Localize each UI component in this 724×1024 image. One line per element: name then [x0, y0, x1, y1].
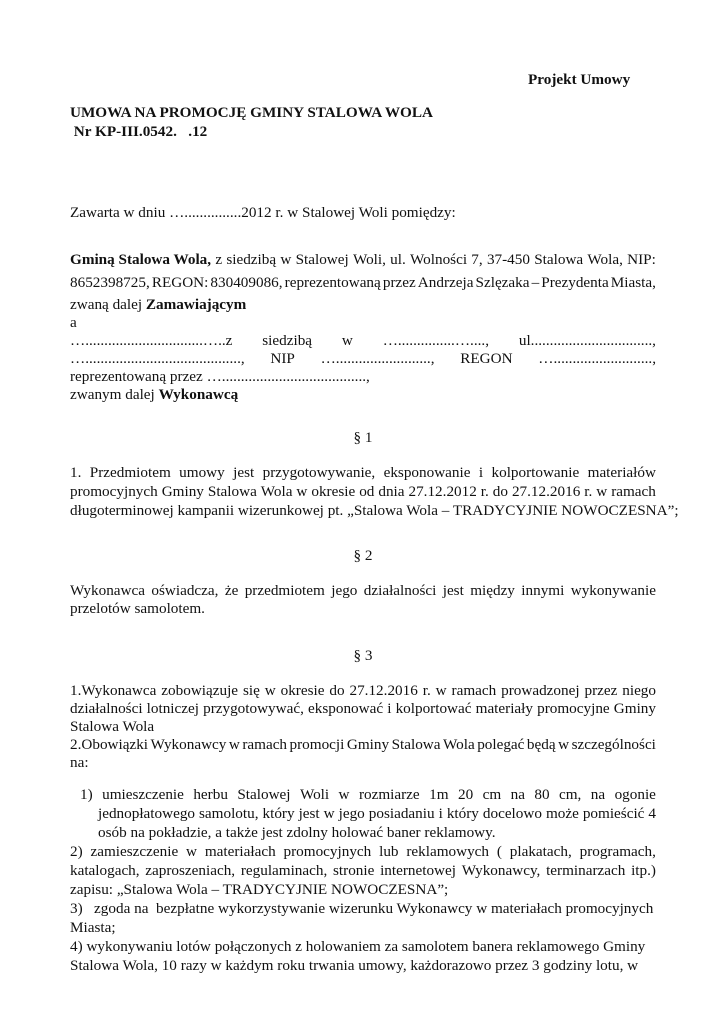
document-page: Projekt Umowy UMOWA NA PROMOCJĘ GMINY ST…	[0, 0, 724, 1024]
section-3-p2-line1: 2.ObowiązkiWykonawcywramachpromocjiGminy…	[70, 735, 656, 754]
section-1-line2: promocyjnychGminyStalowaWolawokresieoddn…	[70, 482, 656, 501]
word: r.	[481, 482, 489, 501]
word: NIP:	[627, 250, 656, 269]
word: 37-450	[487, 250, 530, 269]
word: 4	[648, 804, 656, 823]
word: Gminy	[347, 735, 389, 754]
word: 80	[534, 785, 549, 804]
word: w	[596, 482, 607, 501]
word: promocji	[290, 735, 345, 754]
party2-line4: zwanym dalej Wykonawcą	[70, 385, 656, 404]
word: Wola	[443, 735, 475, 754]
word: i	[439, 804, 443, 823]
word: ramach	[242, 735, 287, 754]
word: …...............................…..z	[70, 331, 232, 350]
word: Woli,	[353, 250, 386, 269]
word: do	[493, 482, 508, 501]
word: zaproszeniach,	[145, 861, 235, 880]
word: siedzibą	[226, 250, 276, 269]
word: oświadcza,	[151, 581, 218, 600]
party2-line1: …...............................…..zsied…	[70, 331, 656, 350]
word: posiadaniu	[369, 804, 435, 823]
word: zamieszczenie	[91, 842, 179, 861]
intro-text: Zawarta w dniu …...............2012 r. w…	[70, 203, 656, 222]
word: zobowiązuje	[161, 681, 238, 700]
word: przez	[584, 681, 617, 700]
word: 27.12.2012	[408, 482, 476, 501]
word: ramach	[611, 482, 656, 501]
list-item-2-line3: zapisu: „Stalowa Wola – TRADYCYJNIE NOWO…	[70, 880, 656, 899]
word: jest	[443, 581, 464, 600]
word: 20	[458, 785, 473, 804]
word: pomieścić	[583, 804, 645, 823]
word: materiały	[476, 699, 533, 718]
word: promocyjnych	[70, 482, 158, 501]
word: promocyjne	[537, 699, 610, 718]
word: okresie	[281, 681, 325, 700]
section-3-heading: § 3	[70, 646, 656, 665]
word: wykonywanie	[571, 581, 656, 600]
word: Szlęzaka	[476, 273, 530, 292]
section-1-line3: długoterminowej kampanii wizerunkowej pt…	[70, 501, 656, 520]
word: 1m	[429, 785, 448, 804]
word: 1)	[80, 785, 93, 804]
word: przedmiotem	[245, 581, 325, 600]
word: innymi	[521, 581, 564, 600]
word: Wolności	[410, 250, 467, 269]
word: działalności	[70, 699, 143, 718]
word: dnia	[378, 482, 404, 501]
word: w	[265, 681, 276, 700]
word: niego	[622, 681, 656, 700]
list-item-1-line3: osób na pokładzie, a także jest zdolny h…	[98, 823, 656, 842]
word: w	[229, 735, 240, 754]
word: na	[511, 785, 525, 804]
word: docelowo	[483, 804, 542, 823]
word: się	[243, 681, 260, 700]
word: cm,	[559, 785, 581, 804]
list-item-4-line1: 4) wykonywaniu lotów połączonych z holow…	[70, 937, 656, 956]
word: Gminy	[162, 482, 204, 501]
word: stronie	[333, 861, 374, 880]
word: Gminy	[614, 699, 656, 718]
word: Wykonawcy,	[462, 861, 541, 880]
word: i	[479, 463, 483, 482]
list-item-4-line2: Stalowa Wola, 10 razy w każdym roku trwa…	[70, 956, 656, 975]
word: ogonie	[615, 785, 656, 804]
word: że	[225, 581, 238, 600]
word: –	[532, 273, 540, 292]
word: eksponowanie	[384, 463, 471, 482]
word: Woli	[300, 785, 329, 804]
word: przygotowywać,	[203, 699, 304, 718]
word: siedzibą	[262, 331, 312, 350]
section-2-line2: przelotów samolotem.	[70, 599, 656, 618]
section-2-line1: Wykonawcaoświadcza,żeprzedmiotemjegodzia…	[70, 581, 656, 600]
word: materiałach	[205, 842, 276, 861]
word: w	[342, 331, 353, 350]
word: w	[339, 785, 350, 804]
word: r.	[584, 482, 592, 501]
list-item-3-line2: Miasta;	[70, 918, 656, 937]
word: przygotowywanie,	[263, 463, 376, 482]
word: programach,	[580, 842, 656, 861]
word: Prezydenta	[541, 273, 608, 292]
word: w	[324, 804, 335, 823]
word: Wykonawca	[70, 581, 145, 600]
word: internetowej	[380, 861, 456, 880]
word: lub	[379, 842, 398, 861]
word: cm	[483, 785, 502, 804]
party1-line2: 8652398725,REGON:830409086,reprezentowan…	[70, 273, 656, 292]
word: w	[436, 681, 447, 700]
word: w	[186, 842, 197, 861]
conjunction: a	[70, 313, 656, 332]
word: który	[263, 804, 295, 823]
word: REGON	[460, 349, 512, 368]
section-3-line1: 1.Wykonawcazobowiązujesięwokresiedo27.12…	[70, 681, 656, 700]
word: Wykonawcy	[151, 735, 227, 754]
word: kolportowanie	[492, 463, 580, 482]
word: reklamowych	[406, 842, 489, 861]
word: lotniczej	[147, 699, 199, 718]
word: umowy	[179, 463, 225, 482]
word: 7,	[471, 250, 482, 269]
word: rozmiarze	[359, 785, 420, 804]
word: 1.	[70, 463, 81, 482]
word: 8652398725,	[70, 273, 150, 292]
word: w	[296, 482, 307, 501]
word: NIP	[270, 349, 294, 368]
word: ….........................,	[321, 349, 435, 368]
word: ….......................................…	[70, 349, 245, 368]
word: eksponować	[308, 699, 383, 718]
word: między	[470, 581, 515, 600]
contract-number: Nr KP-III.0542. .12	[70, 122, 656, 141]
party1-line3: zwaną dalej Zamawiającym	[70, 295, 656, 314]
word: 1.Wykonawca	[70, 681, 156, 700]
word: herbu	[193, 785, 228, 804]
section-3-line3: Stalowa Wola	[70, 717, 656, 736]
word: w	[280, 250, 291, 269]
word: 27.12.2016	[349, 681, 417, 700]
word: do	[329, 681, 344, 700]
word: może	[546, 804, 579, 823]
word: który	[447, 804, 479, 823]
word: Stalowa	[392, 735, 441, 754]
word: polegać	[477, 735, 524, 754]
word: jego	[339, 804, 365, 823]
word: szczególności	[572, 735, 656, 754]
word: z	[215, 250, 222, 269]
word: jest	[233, 463, 254, 482]
word: katalogach,	[70, 861, 140, 880]
word: ul................................,	[519, 331, 656, 350]
word: plakatach,	[510, 842, 572, 861]
word: 27.12.2016	[512, 482, 580, 501]
word: działalności	[364, 581, 437, 600]
party2-line2: ….......................................…	[70, 349, 656, 368]
word: będą	[527, 735, 556, 754]
word: 2.Obowiązki	[70, 735, 148, 754]
party2-prefix: zwanym dalej	[70, 386, 159, 403]
word: promocyjnych	[284, 842, 372, 861]
word: Stalowa	[534, 250, 583, 269]
word: (	[497, 842, 502, 861]
word: …...............…....,	[383, 331, 489, 350]
word: Przedmiotem	[90, 463, 171, 482]
contract-title: UMOWA NA PROMOCJĘ GMINY STALOWA WOLA	[70, 103, 656, 122]
section-3-line2: działalnościlotniczejprzygotowywać,ekspo…	[70, 699, 656, 718]
word: okresie	[311, 482, 355, 501]
word: przez	[383, 273, 416, 292]
word: Andrzeja	[418, 273, 474, 292]
word: reprezentowaną	[285, 273, 381, 292]
party2-role: Wykonawcą	[159, 386, 239, 403]
section-1-line1: 1.Przedmiotemumowyjestprzygotowywanie,ek…	[70, 463, 656, 482]
party1-role: Zamawiającym	[146, 296, 246, 313]
word: jest	[299, 804, 320, 823]
word: prowadzonej	[501, 681, 579, 700]
word: materiałów	[588, 463, 656, 482]
word: umieszczenie	[102, 785, 184, 804]
party2-line3: reprezentowaną przez …..................…	[70, 367, 656, 386]
word: Stalowej	[296, 250, 349, 269]
word: Stalowa	[208, 482, 257, 501]
word: regulaminach,	[241, 861, 327, 880]
word: itp.)	[631, 861, 656, 880]
word: jednopłatowego	[98, 804, 195, 823]
word: 830409086,	[210, 273, 282, 292]
list-item-2-line1: 2)zamieszczeniewmateriałachpromocyjnychl…	[70, 842, 656, 861]
draft-label: Projekt Umowy	[528, 70, 630, 89]
word: samolotu,	[199, 804, 258, 823]
word: …..........................,	[538, 349, 656, 368]
word: na	[591, 785, 605, 804]
section-2-heading: § 2	[70, 546, 656, 565]
word: Miasta,	[611, 273, 656, 292]
word: Wola,	[587, 250, 622, 269]
word: i	[387, 699, 391, 718]
section-1-heading: § 1	[70, 428, 656, 447]
word: w	[558, 735, 569, 754]
party1-prefix: zwaną dalej	[70, 296, 146, 313]
word: Stalowej	[237, 785, 290, 804]
list-item-3-line1: 3) zgoda na bezpłatne wykorzystywanie wi…	[70, 899, 656, 918]
list-item-2-line2: katalogach,zaproszeniach,regulaminach,st…	[70, 861, 656, 880]
word: od	[359, 482, 374, 501]
word: REGON:	[152, 273, 209, 292]
word: ul.	[390, 250, 406, 269]
word: Gminą Stalowa Wola,	[70, 250, 211, 269]
word: Wola	[261, 482, 293, 501]
word: ramach	[452, 681, 497, 700]
section-3-p2-line2: na:	[70, 753, 656, 772]
party1-line1: Gminą Stalowa Wola,zsiedzibąwStalowejWol…	[70, 250, 656, 269]
list-item-1-line1: 1)umieszczenieherbuStalowejWoliwrozmiarz…	[80, 785, 656, 804]
word: jego	[331, 581, 357, 600]
word: terminarzach	[546, 861, 625, 880]
word: r.	[423, 681, 431, 700]
word: 2)	[70, 842, 83, 861]
word: kolportować	[396, 699, 472, 718]
list-item-1-line2: jednopłatowegosamolotu,któryjestwjegopos…	[98, 804, 656, 823]
